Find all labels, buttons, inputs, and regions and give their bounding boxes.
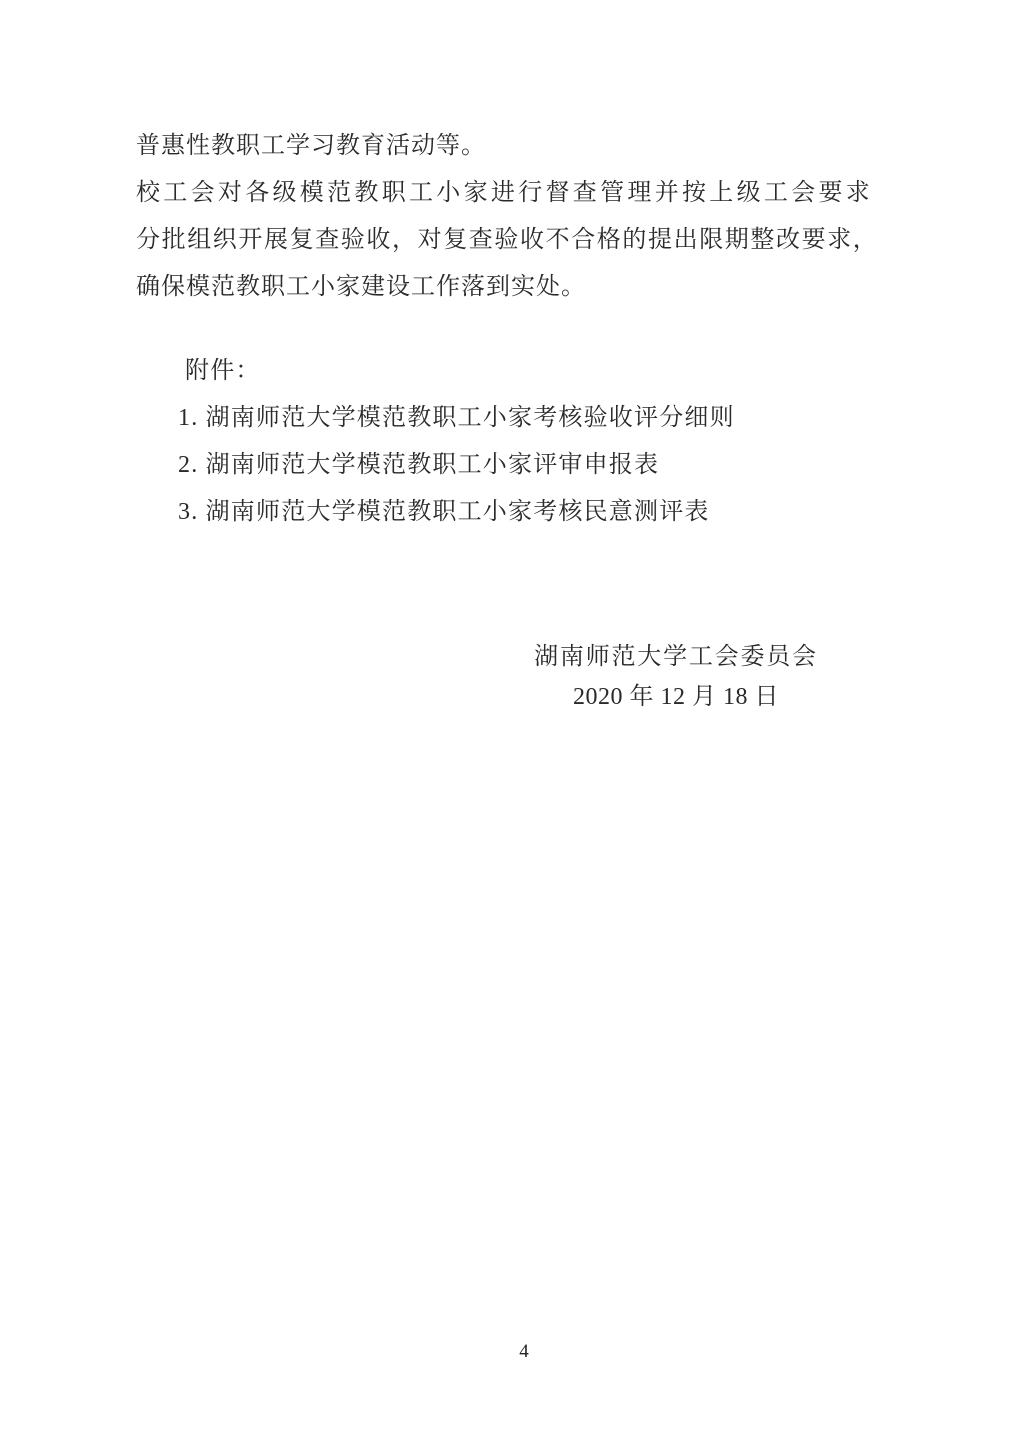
attachments-section: 附件： 1. 湖南师范大学模范教职工小家考核验收评分细则 2. 湖南师范大学模范… [136, 348, 898, 536]
signature-block: 湖南师范大学工会委员会 2020 年 12 月 18 日 [500, 637, 852, 717]
signature-organization: 湖南师范大学工会委员会 [500, 637, 852, 677]
document-page: 普惠性教职工学习教育活动等。 校工会对各级模范教职工小家进行督查管理并按上级工会… [0, 0, 1024, 1448]
paragraph2-line2: 分批组织开展复查验收，对复查验收不合格的提出限期整改要求， [136, 217, 898, 264]
paragraph1-last-line: 普惠性教职工学习教育活动等。 [136, 123, 898, 170]
page-footer: 4 [12, 1340, 1024, 1364]
page-number: 4 [519, 1341, 529, 1362]
paragraph2-line1: 校工会对各级模范教职工小家进行督查管理并按上级工会要求 [136, 170, 898, 217]
signature-date: 2020 年 12 月 18 日 [500, 677, 852, 717]
attachments-heading: 附件： [136, 348, 898, 395]
attachment-item-1: 1. 湖南师范大学模范教职工小家考核验收评分细则 [136, 395, 898, 442]
paragraph2-line3: 确保模范教职工小家建设工作落到实处。 [136, 264, 898, 311]
document-body: 普惠性教职工学习教育活动等。 校工会对各级模范教职工小家进行督查管理并按上级工会… [136, 123, 898, 311]
attachment-item-2: 2. 湖南师范大学模范教职工小家评审申报表 [136, 442, 898, 489]
attachment-item-3: 3. 湖南师范大学模范教职工小家考核民意测评表 [136, 489, 898, 536]
